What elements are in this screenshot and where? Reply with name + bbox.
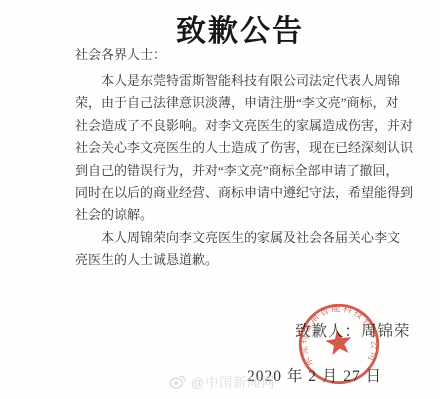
watermark-handle: @中国新闻网 <box>191 372 275 391</box>
news-watermark: @中国新闻网 <box>169 372 275 391</box>
weibo-icon <box>169 374 186 389</box>
page-title: 致歉公告 <box>90 6 390 50</box>
body-line: 社会造成了不良影响。对李文亮医生的家属造成伤害，并对 <box>75 115 415 137</box>
body-line: 社会关心李文亮医生的人士造成了伤害，现在已经深刻认识 <box>75 137 415 159</box>
body-line: 本人周锦荣向李文亮医生的家属及社会各届关心李文 <box>75 227 415 249</box>
body-line: 社会的谅解。 <box>75 204 415 226</box>
body-line: 到自己的错误行为，并对“李文亮”商标全部申请了撤回， <box>75 160 415 182</box>
salutation: 社会各界人士： <box>75 46 415 64</box>
signature-line: 致歉人：周锦荣 <box>295 319 411 341</box>
body-paragraphs: 本人是东莞特雷斯智能科技有限公司法定代表人周锦 荣，由于自己法律意识淡薄，申请注… <box>75 70 415 272</box>
apology-announcement-document: 致歉公告 社会各界人士： 本人是东莞特雷斯智能科技有限公司法定代表人周锦 荣，由… <box>0 0 440 399</box>
document-body: 社会各界人士： 本人是东莞特雷斯智能科技有限公司法定代表人周锦 荣，由于自己法律… <box>75 46 415 272</box>
body-line: 亮医生的人士诚恳道歉。 <box>75 249 415 271</box>
body-line: 同时在以后的商业经营、商标申请中遵纪守法，希望能得到 <box>75 182 415 204</box>
body-line: 本人是东莞特雷斯智能科技有限公司法定代表人周锦 <box>75 70 415 92</box>
body-line: 荣，由于自己法律意识淡薄，申请注册“李文亮”商标，对 <box>75 92 415 114</box>
